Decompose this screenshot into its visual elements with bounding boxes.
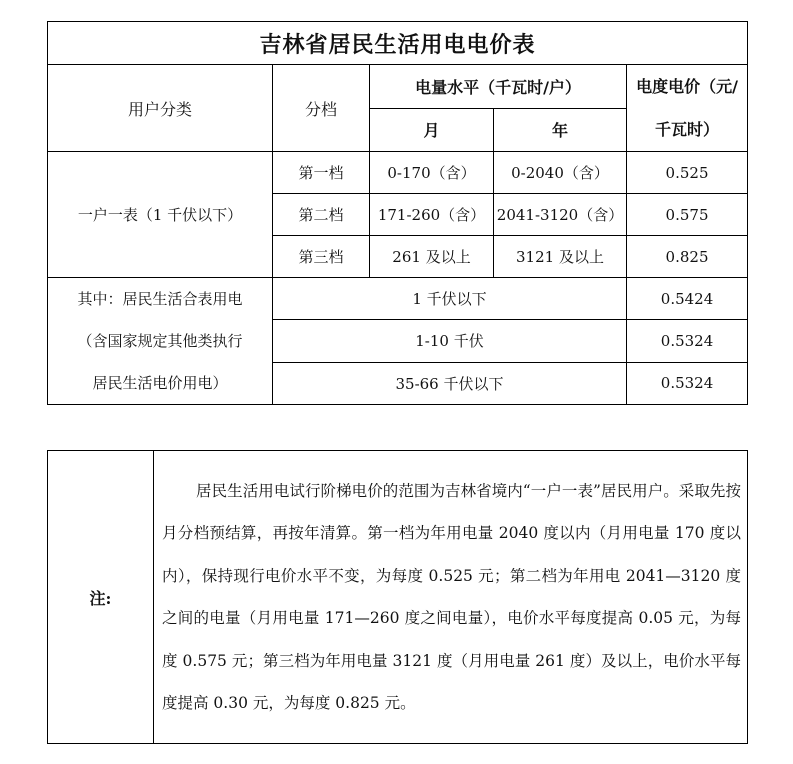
month-cell: 261 及以上: [370, 236, 494, 278]
category-one-meter: 一户一表（1 千伏以下）: [48, 152, 273, 278]
header-user-category: 用户分类: [48, 65, 273, 152]
voltage-cell: 35-66 千伏以下: [273, 362, 627, 404]
price-cell: 0.5424: [627, 278, 748, 320]
note-label: 注:: [48, 451, 154, 744]
header-price-line1: 电度电价（元/: [627, 65, 747, 108]
price-cell: 0.5324: [627, 362, 748, 404]
table-row: 其中：居民生活合表用电 （含国家规定其他类执行 居民生活电价用电） 1 千伏以下…: [48, 278, 748, 320]
note-body: 居民生活用电试行阶梯电价的范围为吉林省境内“一户一表”居民用户。采取先按月分档预…: [154, 451, 748, 744]
month-cell: 0-170（含）: [370, 152, 494, 194]
category-line: （含国家规定其他类执行: [48, 320, 272, 362]
table-row: 一户一表（1 千伏以下） 第一档 0-170（含） 0-2040（含） 0.52…: [48, 152, 748, 194]
header-usage-level: 电量水平（千瓦时/户）: [370, 65, 627, 109]
voltage-cell: 1-10 千伏: [273, 320, 627, 362]
header-month: 月: [370, 108, 494, 152]
price-cell: 0.575: [627, 194, 748, 236]
header-tier: 分档: [273, 65, 370, 152]
tier-cell: 第三档: [273, 236, 370, 278]
category-line: 居民生活电价用电）: [48, 362, 272, 404]
tier-cell: 第二档: [273, 194, 370, 236]
note-text: 居民生活用电试行阶梯电价的范围为吉林省境内“一户一表”居民用户。采取先按月分档预…: [162, 482, 741, 713]
price-cell: 0.525: [627, 152, 748, 194]
month-cell: 171-260（含）: [370, 194, 494, 236]
year-cell: 3121 及以上: [494, 236, 627, 278]
category-line: 其中：居民生活合表用电: [48, 278, 272, 320]
electricity-price-table: 吉林省居民生活用电电价表 用户分类 分档 电量水平（千瓦时/户） 电度电价（元/…: [47, 21, 748, 405]
table-title: 吉林省居民生活用电电价表: [48, 22, 748, 65]
price-cell: 0.825: [627, 236, 748, 278]
category-combined-meter: 其中：居民生活合表用电 （含国家规定其他类执行 居民生活电价用电）: [48, 278, 273, 405]
header-price: 电度电价（元/ 千瓦时）: [627, 65, 748, 152]
voltage-cell: 1 千伏以下: [273, 278, 627, 320]
year-cell: 0-2040（含）: [494, 152, 627, 194]
tier-cell: 第一档: [273, 152, 370, 194]
year-cell: 2041-3120（含）: [494, 194, 627, 236]
note-table: 注: 居民生活用电试行阶梯电价的范围为吉林省境内“一户一表”居民用户。采取先按月…: [47, 450, 748, 744]
header-year: 年: [494, 108, 627, 152]
header-price-line2: 千瓦时）: [627, 108, 747, 151]
price-cell: 0.5324: [627, 320, 748, 362]
